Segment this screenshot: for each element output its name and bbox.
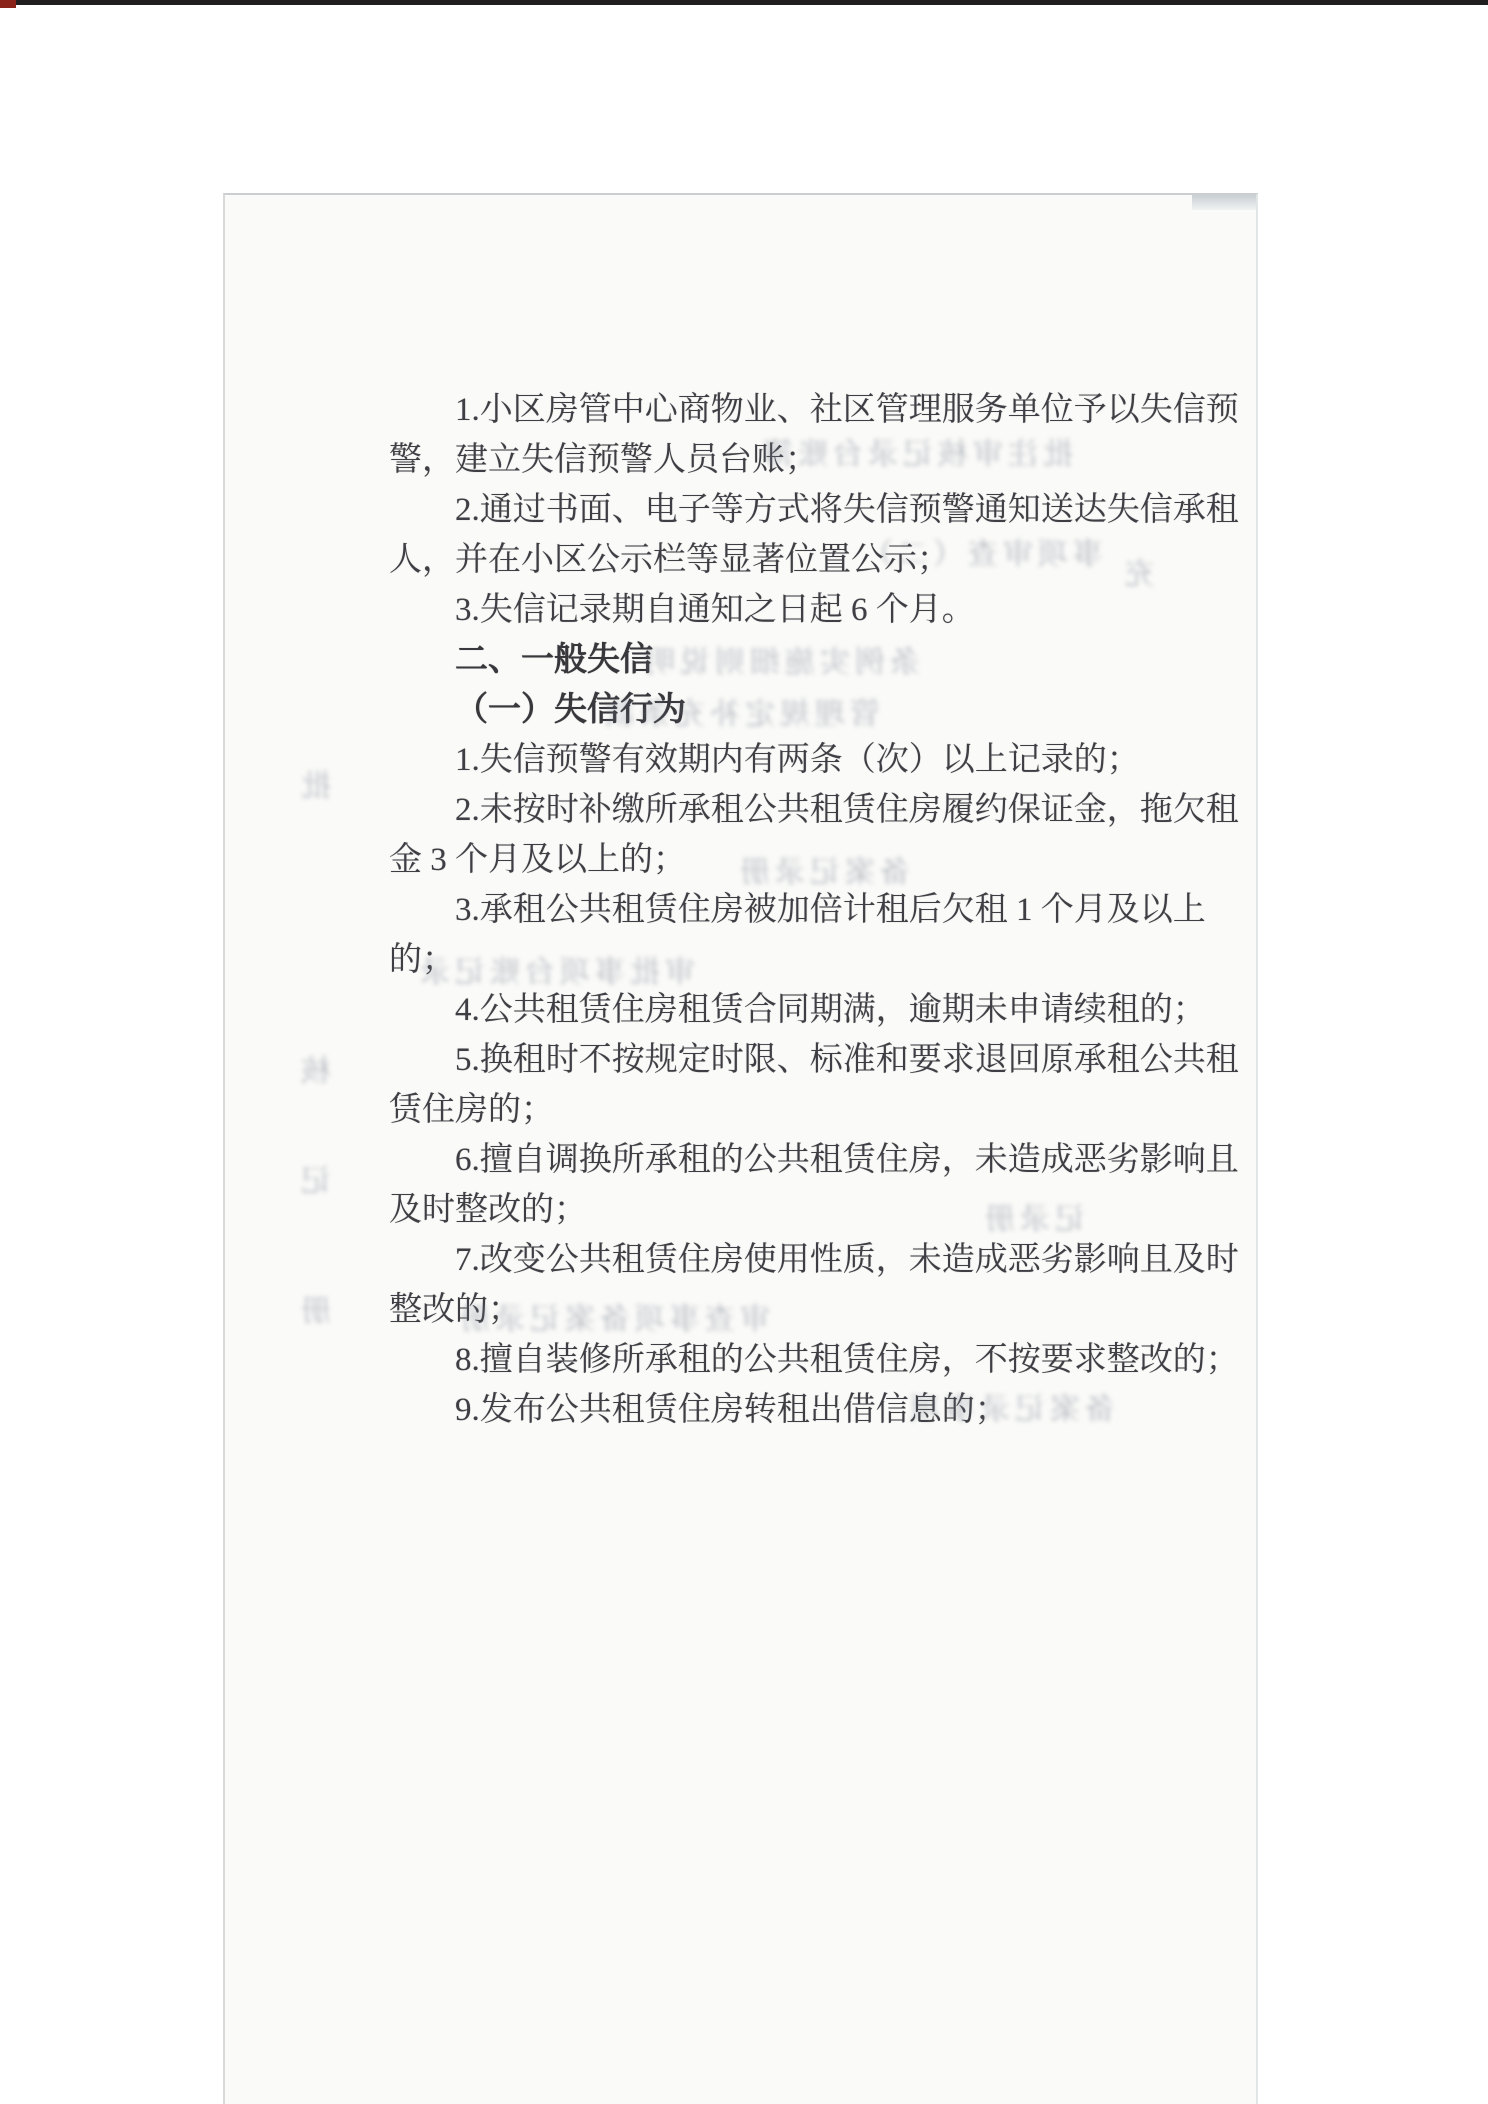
text-line: 7.改变公共租赁住房使用性质，未造成恶劣影响且及时 xyxy=(389,1235,1227,1285)
text-line: 3.失信记录期自通知之日起 6 个月。 xyxy=(389,585,1227,635)
text-line: 警，建立失信预警人员台账； xyxy=(389,435,1227,485)
text-line: 2.未按时补缴所承租公共租赁住房履约保证金，拖欠租 xyxy=(389,785,1227,835)
text-line: 8.擅自装修所承租的公共租赁住房，不按要求整改的； xyxy=(389,1335,1227,1385)
text-line: 整改的； xyxy=(389,1285,1227,1335)
text-line: 1.失信预警有效期内有两条（次）以上记录的； xyxy=(389,735,1227,785)
document-page: 1.小区房管中心商物业、社区管理服务单位予以失信预警，建立失信预警人员台账；2.… xyxy=(223,193,1258,2104)
text-line: 4.公共租赁住房租赁合同期满，逾期未申请续租的； xyxy=(389,985,1227,1035)
scanner-edge-artifact xyxy=(0,0,1488,5)
text-line: 6.擅自调换所承租的公共租赁住房，未造成恶劣影响且 xyxy=(389,1135,1227,1185)
text-line: 3.承租公共租赁住房被加倍计租后欠租 1 个月及以上 xyxy=(389,885,1227,935)
text-line: 的； xyxy=(389,935,1227,985)
text-line: 人，并在小区公示栏等显著位置公示； xyxy=(389,535,1227,585)
subsection-heading: （一）失信行为 xyxy=(389,685,1227,735)
text-line: 2.通过书面、电子等方式将失信预警通知送达失信承租 xyxy=(389,485,1227,535)
text-line: 9.发布公共租赁住房转租出借信息的； xyxy=(389,1385,1227,1435)
text-line: 1.小区房管中心商物业、社区管理服务单位予以失信预 xyxy=(389,385,1227,435)
text-line: 5.换租时不按规定时限、标准和要求退回原承租公共租 xyxy=(389,1035,1227,1085)
paper-top-edge-shadow xyxy=(1192,195,1256,210)
scanner-edge-red-mark xyxy=(0,0,16,8)
document-text-block: 1.小区房管中心商物业、社区管理服务单位予以失信预警，建立失信预警人员台账；2.… xyxy=(389,385,1227,1435)
text-line: 及时整改的； xyxy=(389,1185,1227,1235)
scanned-document-screenshot: { "page": { "background_color": "#ffffff… xyxy=(0,0,1488,2104)
text-line: 金 3 个月及以上的； xyxy=(389,835,1227,885)
text-line: 赁住房的； xyxy=(389,1085,1227,1135)
section-heading: 二、一般失信 xyxy=(389,635,1227,685)
